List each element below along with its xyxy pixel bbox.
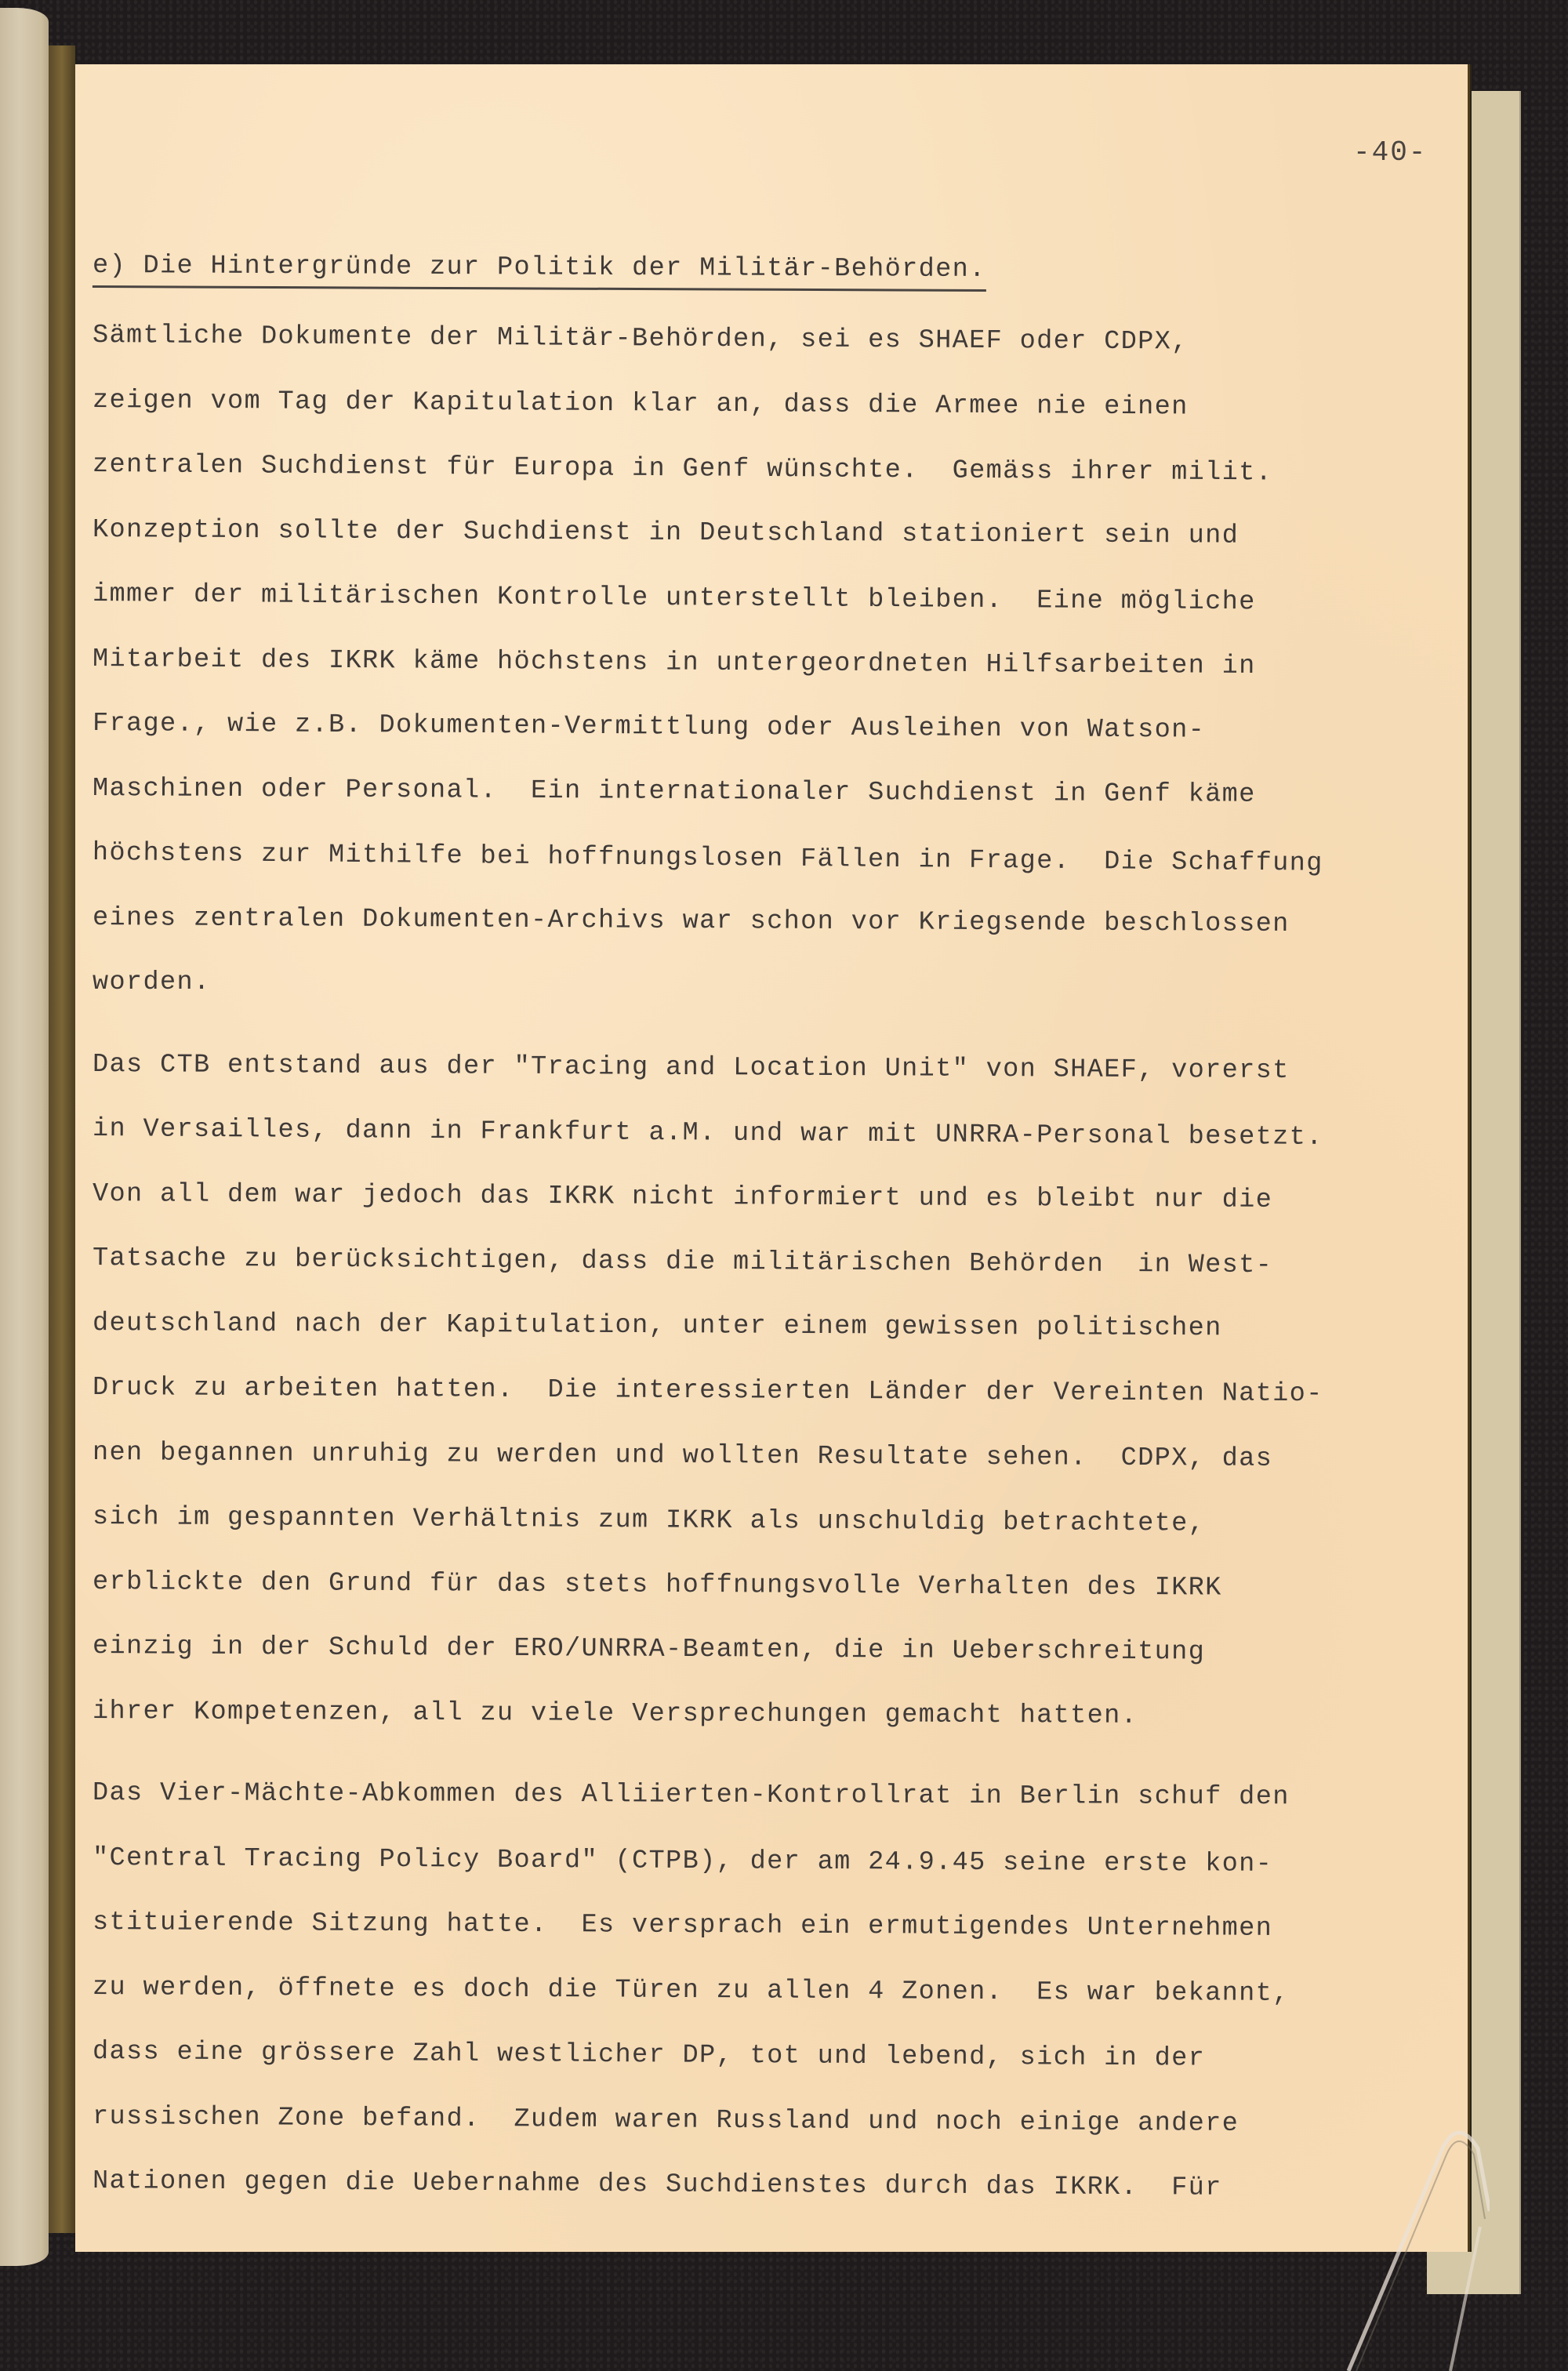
text-line: worden. <box>93 950 1441 1015</box>
text-line: Frage., wie z.B. Dokumenten-Vermittlung … <box>93 692 1441 764</box>
text-line: Nationen gegen die Uebernahme des Suchdi… <box>93 2149 1441 2222</box>
text-line: höchstens zur Mithilfe bei hoffnungslose… <box>93 821 1442 898</box>
text-line: Mitarbeit des IKRK käme höchstens in unt… <box>93 627 1441 700</box>
text-line: eines zentralen Dokumenten-Archivs war s… <box>93 886 1441 958</box>
text-line: einzig in der Schuld der ERO/UNRRA-Beamt… <box>93 1614 1441 1687</box>
paragraph-1: Sämtliche Dokumente der Militär-Behörden… <box>93 303 1441 1015</box>
text-line: Das CTB entstand aus der "Tracing and Lo… <box>93 1033 1441 1105</box>
document-page: -40- e) Die Hintergründe zur Politik der… <box>75 64 1470 2252</box>
text-line: "Central Tracing Policy Board" (CTPB), d… <box>93 1826 1441 1898</box>
binding-gap <box>49 45 75 2233</box>
text-line: sich im gespannten Verhältnis zum IKRK a… <box>93 1485 1441 1558</box>
text-line: zentralen Suchdienst für Europa in Genf … <box>93 433 1442 507</box>
text-line: in Versailles, dann in Frankfurt a.M. un… <box>93 1097 1442 1171</box>
text-line: Von all dem war jedoch das IKRK nicht in… <box>93 1162 1441 1234</box>
text-line: nen begannen unruhig zu werden und wollt… <box>93 1421 1441 1493</box>
text-line: deutschland nach der Kapitulation, unter… <box>93 1291 1441 1362</box>
page-number: -40- <box>1353 136 1427 169</box>
scan-scene: -40- e) Die Hintergründe zur Politik der… <box>0 0 1568 2371</box>
typewritten-text: e) Die Hintergründe zur Politik der Mili… <box>93 251 1441 2214</box>
text-line: Konzeption sollte der Suchdienst in Deut… <box>93 498 1441 570</box>
book-spine-left <box>0 8 49 2266</box>
paragraph-3: Das Vier-Mächte-Abkommen des Alliierten-… <box>93 1761 1441 2214</box>
text-line: dass eine grössere Zahl westlicher DP, t… <box>93 2020 1441 2093</box>
text-line: erblickte den Grund für das stets hoffnu… <box>93 1550 1441 1622</box>
text-line: Sämtliche Dokumente der Militär-Behörden… <box>93 303 1441 376</box>
paragraph-2: Das CTB entstand aus der "Tracing and Lo… <box>93 1033 1441 1745</box>
section-heading: e) Die Hintergründe zur Politik der Mili… <box>93 251 986 292</box>
text-line: immer der militärischen Kontrolle unters… <box>93 562 1442 637</box>
text-line: Tatsache zu berücksichtigen, dass die mi… <box>93 1226 1441 1299</box>
text-line: Das Vier-Mächte-Abkommen des Alliierten-… <box>93 1761 1441 1831</box>
text-line: stituierende Sitzung hatte. Es versprach… <box>93 1890 1441 1963</box>
text-line: ihrer Kompetenzen, all zu viele Versprec… <box>93 1679 1441 1750</box>
text-line: Maschinen oder Personal. Ein internation… <box>93 757 1441 829</box>
text-line: zeigen vom Tag der Kapitulation klar an,… <box>93 369 1441 441</box>
paragraph-gap <box>93 1015 1441 1033</box>
text-line: russischen Zone befand. Zudem waren Russ… <box>93 2085 1441 2158</box>
text-line: Druck zu arbeiten hatten. Die interessie… <box>93 1356 1441 1428</box>
text-line: zu werden, öffnete es doch die Türen zu … <box>93 1955 1441 2028</box>
